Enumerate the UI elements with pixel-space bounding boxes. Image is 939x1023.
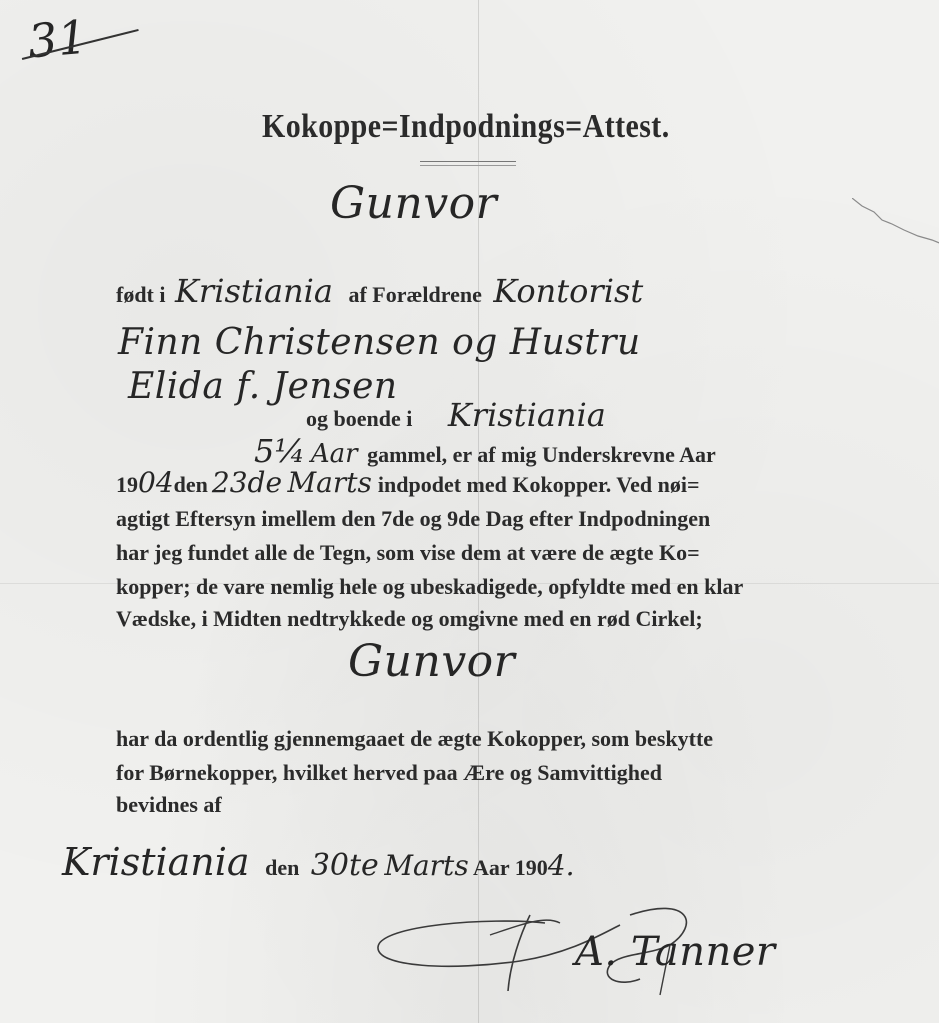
- parents-line-2: Finn Christensen og Hustru: [118, 322, 641, 363]
- signing-year-handwritten: 4.: [548, 849, 575, 882]
- parents-label: af Forældrene: [348, 282, 481, 307]
- body-line-3: kopper; de vare nemlig hele og ubeskadig…: [116, 574, 816, 600]
- vaccination-day: 23de: [212, 466, 282, 499]
- page-number: 31: [26, 10, 90, 69]
- birthplace: Kristiania: [175, 272, 333, 310]
- title-rule: [420, 161, 516, 166]
- document-title: Kokoppe=Indpodnings=Attest.: [262, 108, 670, 146]
- vaccination-date-line: 1904den23de Martsindpodet med Kokopper. …: [116, 466, 700, 499]
- birth-line: født i Kristiania af Forældrene Kontoris…: [116, 272, 643, 310]
- signing-place: Kristiania: [62, 840, 250, 884]
- place-date-line: Kristiania den 30te Marts Aar 1904.: [62, 840, 574, 884]
- vaccination-month: Marts: [288, 466, 372, 499]
- body-line-4: Vædske, i Midten nedtrykkede og omgivne …: [116, 606, 816, 632]
- born-in-label: født i: [116, 282, 166, 307]
- signing-month: Marts: [384, 849, 468, 882]
- closing-line-1: har da ordentlig gjennemgaaet de ægte Ko…: [116, 726, 816, 752]
- signing-year-printed: 190: [515, 855, 548, 880]
- signing-den-label: den: [265, 855, 299, 880]
- year-handwritten: 04: [138, 466, 174, 499]
- age-unit: Aar: [311, 439, 358, 469]
- signature-block: A. Tanner: [370, 895, 850, 1005]
- date-line-text: indpodet med Kokopper. Ved nøi=: [378, 472, 700, 497]
- residence-line: og boende i Kristiania: [306, 396, 606, 434]
- child-name-2: Gunvor: [348, 636, 515, 687]
- signing-aar-label: Aar: [473, 855, 509, 880]
- signing-day: 30te: [311, 848, 379, 883]
- father-title: Kontorist: [493, 272, 643, 310]
- year-printed: 19: [116, 472, 138, 497]
- body-line-1: agtigt Eftersyn imellem den 7de og 9de D…: [116, 506, 816, 532]
- paper-tear-mark: [852, 198, 939, 248]
- age-line: 5¼ Aar gammel, er af mig Underskrevne Aa…: [254, 432, 716, 470]
- closing-line-3: bevidnes af: [116, 792, 816, 818]
- signature-text: A. Tanner: [575, 929, 776, 975]
- age-text: gammel, er af mig Underskrevne Aar: [367, 442, 716, 467]
- residence-place: Kristiania: [448, 396, 606, 434]
- den-label: den: [174, 472, 208, 497]
- residence-label: og boende i: [306, 406, 412, 431]
- closing-line-2: for Børnekopper, hvilket herved paa Ære …: [116, 760, 816, 786]
- body-line-2: har jeg fundet alle de Tegn, som vise de…: [116, 540, 816, 566]
- age-value: 5¼: [254, 432, 305, 470]
- child-name: Gunvor: [330, 178, 497, 229]
